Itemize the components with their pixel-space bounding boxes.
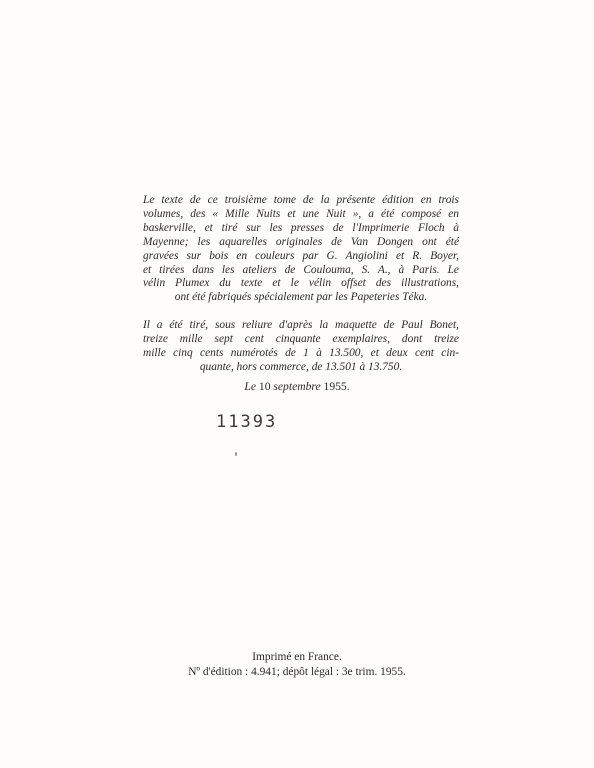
text-line: Mayenne; les aquarelles originales de Va… — [143, 236, 459, 250]
colophon-paragraph-printing: Le texte de ce troisième tome de la prés… — [143, 194, 459, 305]
colophon-text: Le texte de ce troisième tome de la prés… — [143, 194, 459, 375]
text-line: gravées sur bois en couleurs par G. Angi… — [143, 250, 459, 264]
book-page: Le texte de ce troisième tome de la prés… — [0, 0, 594, 768]
imprint-country: Imprimé en France. — [0, 650, 594, 665]
text-line: vélin Plumex du texte et le vélin offset… — [143, 277, 459, 291]
imprint-block: Imprimé en France. Nº d'édition : 4.941;… — [0, 650, 594, 680]
date-day: 10 — [259, 380, 271, 393]
colophon-paragraph-print-run: Il a été tiré, sous reliure d'après la m… — [143, 319, 459, 375]
text-line: quante, hors commerce, de 13.501 à 13.75… — [143, 361, 459, 375]
completion-date: Le 10 septembre 1955. — [0, 380, 594, 393]
text-line: ont été fabriqués spécialement par les P… — [143, 291, 459, 305]
copy-number-stamp: 11393 — [216, 412, 277, 432]
date-month: septembre — [273, 380, 320, 393]
text-line: baskerville, et tiré sur les presses de … — [143, 222, 459, 236]
text-line: mille cinq cents numérotés de 1 à 13.500… — [143, 347, 459, 361]
text-line: Il a été tiré, sous reliure d'après la m… — [143, 319, 459, 333]
text-line: et tirées dans les ateliers de Coulouma,… — [143, 264, 459, 278]
date-prefix: Le — [244, 380, 256, 393]
ink-speck — [235, 452, 237, 456]
text-line: treize mille sept cent cinquante exempla… — [143, 333, 459, 347]
text-line: volumes, des « Mille Nuits et une Nuit »… — [143, 208, 459, 222]
imprint-legal-deposit: Nº d'édition : 4.941; dépôt légal : 3e t… — [0, 665, 594, 680]
date-year: 1955. — [324, 380, 350, 393]
text-line: Le texte de ce troisième tome de la prés… — [143, 194, 459, 208]
